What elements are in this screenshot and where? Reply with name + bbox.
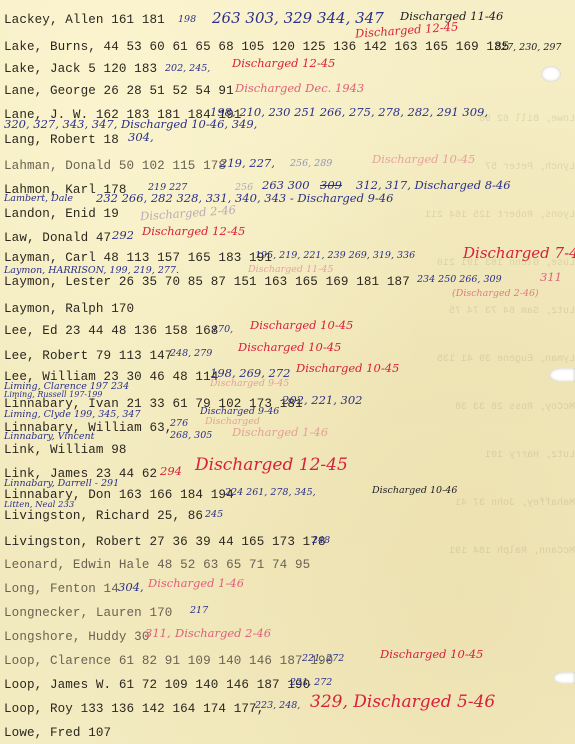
entry-annotation: Discharged 7-46 — [463, 244, 575, 262]
entry-annotation: 219, 227, — [220, 156, 275, 170]
entry-typed: Lake, Jack 5 120 183 — [4, 62, 157, 76]
entry-annotation: Linnabary, Vincent — [4, 431, 94, 442]
entry-typed: Lane, George 26 28 51 52 54 91 — [4, 84, 234, 98]
entry-annotation: Lambert, Dale — [4, 193, 73, 204]
punch-hole-bottom — [553, 672, 575, 684]
entry-annotation: 245 — [205, 509, 223, 520]
entry-annotation: Discharged 1-46 — [148, 576, 244, 590]
entry-annotation: 311 — [540, 270, 562, 284]
entry-typed: Landon, Enid 19 — [4, 207, 119, 221]
entry-annotation: 263 303, 329 344, 347 — [212, 9, 384, 27]
entry-annotation: Discharged 10-46 — [372, 485, 457, 496]
entry-annotation: 248 — [312, 535, 330, 546]
entry-annotation: Discharged 1-46 — [232, 425, 328, 439]
entry-annotation: 221, 272 — [302, 653, 344, 664]
entry-typed: Lowe, Fred 107 — [4, 726, 111, 740]
entry-annotation: 312, 317, Discharged 8-46 — [356, 178, 511, 192]
entry-annotation: Discharged 10-45 — [296, 361, 399, 375]
entry-annotation: 263 300 — [262, 178, 310, 192]
entry-typed: Livingston, Robert 27 36 39 44 165 173 1… — [4, 535, 326, 549]
entry-typed: Layman, Carl 48 113 157 165 183 191 — [4, 251, 272, 265]
entry-annotation: 311, — [145, 626, 171, 640]
entry-typed: Lake, Burns, 44 53 60 61 65 68 105 120 1… — [4, 40, 509, 54]
entry-annotation: Discharged 10-45 — [380, 647, 483, 661]
entry-annotation: 202, 221, 302 — [282, 393, 362, 407]
entry-annotation: 198 — [178, 14, 196, 25]
entry-annotation: 224 261, 278, 345, — [225, 487, 316, 498]
entry-typed: Laymon, Lester 26 35 70 85 87 151 163 16… — [4, 275, 410, 289]
entry-annotation: 217 — [190, 605, 208, 616]
entry-annotation: 221, 272 — [290, 677, 332, 688]
entry-typed: Loop, Clarence 61 82 91 109 140 146 187 … — [4, 654, 333, 668]
entry-annotation: Discharged 11-45 — [248, 264, 333, 275]
entry-annotation: Discharged 9-45 — [210, 378, 289, 389]
entry-typed: Link, William 98 — [4, 443, 127, 457]
entry-annotation: 234 250 266, 309 — [417, 274, 502, 285]
entry-annotation: Liming, Clyde 199, 345, 347 — [4, 409, 141, 420]
entry-typed: Law, Donald 47 — [4, 231, 111, 245]
entry-typed: Livingston, Richard 25, 86 — [4, 509, 203, 523]
entry-typed: Lackey, Allen 161 181 — [4, 13, 165, 27]
entry-typed: Loop, James W. 61 72 109 140 146 187 190 — [4, 678, 310, 692]
entry-annotation: 170, — [212, 324, 233, 335]
punch-hole-top — [541, 66, 561, 82]
entry-annotation: Discharged 10-45 — [372, 152, 475, 166]
entry-annotation: Discharged 12-45 — [195, 455, 348, 475]
entry-annotation: Discharged Dec. 1943 — [235, 81, 364, 95]
entry-annotation: 202, 245, — [165, 63, 210, 74]
entry-annotation: 248, 279 — [170, 348, 212, 359]
entry-annotation: 304, — [118, 580, 144, 594]
entry-typed: Lee, Ed 23 44 48 136 158 168 — [4, 324, 218, 338]
entry-typed: Laymon, Ralph 170 — [4, 302, 134, 316]
entry-typed: Longshore, Huddy 30 — [4, 630, 150, 644]
entry-typed: Lang, Robert 18 — [4, 133, 119, 147]
entry-annotation: 232 266, 282 328, 331, 340, 343 - Discha… — [96, 191, 393, 205]
entry-typed: Long, Fenton 14 — [4, 582, 119, 596]
entry-annotation: Discharged 2-46 — [175, 626, 271, 640]
entry-annotation: 227, 230, 297 — [495, 42, 561, 53]
entry-annotation: 223, 248, — [255, 700, 300, 711]
entry-annotation: 304, — [128, 130, 154, 144]
entry-annotation: Discharged 12-45 — [232, 56, 335, 70]
entry-annotation: Discharged 10-45 — [250, 318, 353, 332]
entry-annotation: 320, 327, 343, 347, Discharged 10-46, 34… — [4, 117, 257, 131]
entry-annotation: 292 — [112, 228, 134, 242]
entry-annotation: 329, Discharged 5-46 — [310, 692, 495, 712]
entry-annotation: (Discharged 2-46) — [452, 288, 539, 299]
entry-annotation: 276 — [170, 418, 188, 429]
entry-typed: Lahman, Donald 50 102 115 178 — [4, 159, 226, 173]
entry-typed: Leonard, Edwin Hale 48 52 63 65 71 74 95 — [4, 558, 310, 572]
entry-typed: Loop, Roy 133 136 142 164 174 177, — [4, 702, 264, 716]
entry-typed: Longnecker, Lauren 170 — [4, 606, 172, 620]
entry-annotation: Discharged 10-45 — [238, 340, 341, 354]
entry-annotation: 294 — [160, 464, 182, 478]
entry-annotation: Discharged 12-45 — [142, 224, 245, 238]
entry-annotation: 268, 305 — [170, 430, 212, 441]
entry-typed: Lee, Robert 79 113 147 — [4, 349, 172, 363]
entry-annotation: 195, 219, 221, 239 269, 319, 336 — [255, 250, 415, 261]
entry-annotation-struck: 309 — [320, 178, 342, 192]
punch-hole-middle — [549, 368, 575, 382]
entry-annotation: 256, 289 — [290, 158, 332, 169]
